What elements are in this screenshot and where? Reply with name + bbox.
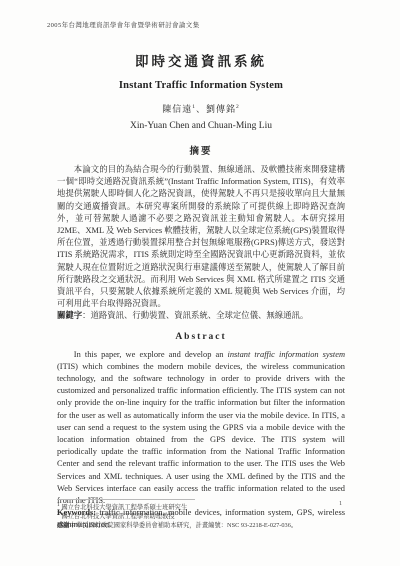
keywords-zh-colon: ：	[82, 311, 90, 320]
footnote-2-mark: 2	[57, 511, 60, 517]
keywords-zh: 關鍵字：道路資訊、行動裝置、資訊系統、全球定位儀、無線通訊。	[57, 310, 345, 322]
abstract-en-heading: Abstract	[57, 332, 345, 342]
author-2-affiliation-mark: 2	[236, 104, 240, 110]
authors-zh: 陳信遠1、劉傳銘2	[57, 102, 345, 115]
abstract-en-body: In this paper, we explore and develop an…	[57, 349, 345, 508]
abstract-en-system-name: instant traffic information system	[228, 350, 346, 359]
author-1-name: 陳信遠	[162, 104, 192, 114]
footnote-1-text: 國立台北科技大學資訊工程學系碩士班研究生	[61, 504, 187, 511]
footnote-1: 1 國立台北科技大學資訊工程學系碩士班研究生	[57, 503, 357, 512]
footnote-2-text: 國立台北科技大學資訊工程學系助理教授	[61, 513, 174, 520]
footnote-separator	[57, 499, 195, 500]
page-number: 1	[339, 500, 342, 507]
authors-en: Xin-Yuan Chen and Chuan-Ming Liu	[57, 121, 345, 131]
running-header: 2005年台灣地理資訊學會年會暨學術研討會論文集	[47, 20, 200, 29]
author-separator: 、	[196, 104, 206, 114]
footnote-1-mark: 1	[57, 502, 60, 508]
paper-content: 即時交通資訊系統 Instant Traffic Information Sys…	[57, 50, 345, 532]
acknowledgment-label: 感謝	[57, 522, 70, 529]
paper-title-zh: 即時交通資訊系統	[57, 50, 345, 70]
abstract-zh-body: 本論文的目的為結合現今的行動裝置、無線通訊、及軟體技術來開發建構一個“即時交通路…	[57, 164, 345, 310]
footnote-block: 1 國立台北科技大學資訊工程學系碩士班研究生 2 國立台北科技大學資訊工程學系助…	[57, 499, 357, 531]
acknowledgment-text: 中華民國行政院國家科學委員會補助本研究，計畫編號：NSC 93-2218-E-0…	[70, 522, 298, 529]
abstract-zh-heading: 摘要	[57, 143, 345, 157]
abstract-en-rest: (ITIS) which combines the modern mobile …	[57, 362, 345, 505]
paper-title-en: Instant Traffic Information System	[57, 80, 345, 91]
author-2-name: 劉傳銘	[206, 104, 236, 114]
abstract-en-lead: In this paper, we explore and develop an	[74, 350, 228, 359]
keywords-zh-list: 道路資訊、行動裝置、資訊系統、全球定位儀、無線通訊。	[91, 311, 309, 320]
paper-page: 2005年台灣地理資訊學會年會暨學術研討會論文集 即時交通資訊系統 Instan…	[0, 0, 400, 566]
keywords-zh-label: 關鍵字	[57, 311, 82, 320]
section-gap	[57, 323, 345, 332]
acknowledgment: 感謝中華民國行政院國家科學委員會補助本研究，計畫編號：NSC 93-2218-E…	[57, 521, 357, 530]
footnote-2: 2 國立台北科技大學資訊工程學系助理教授	[57, 512, 357, 521]
